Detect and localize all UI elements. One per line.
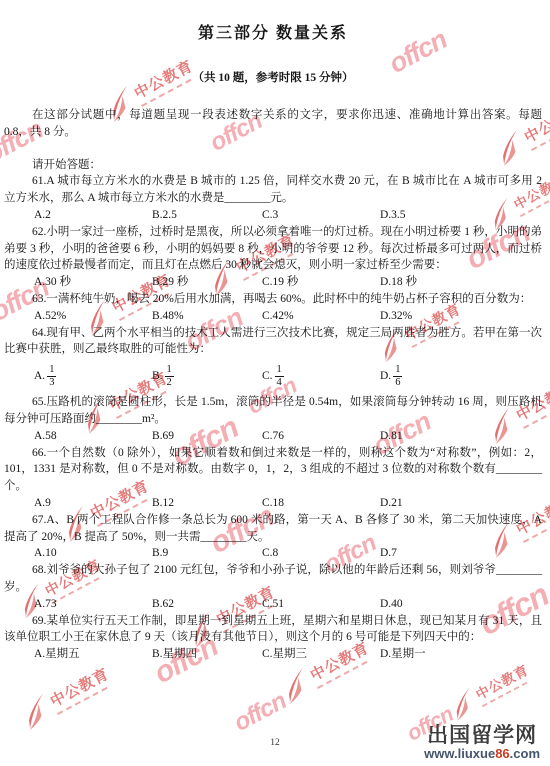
start-prompt: 请开始答题： <box>4 157 542 174</box>
question-66: 66.一个自然数（0 除外），如果它顺着数和倒过来数是一样的，则称这个数为“对称… <box>4 445 542 512</box>
question-67-options: A.10 B.9 C.8 D.7 <box>4 545 542 562</box>
question-69-option-b: B.星期四 <box>152 646 262 663</box>
question-63-options: A.52% B.48% C.42% D.32% <box>4 308 542 325</box>
zhonggong-watermark-body: 中公教育 <box>46 662 114 714</box>
question-64-option-c: C. 14 <box>262 364 380 389</box>
section-title: 第三部分 数量关系 <box>4 20 542 43</box>
question-65-text: 65.压路机的滚筒是圆柱形，长是 1.5m，滚筒的半径是 0.54m，如果滚筒每… <box>4 394 542 428</box>
question-64-option-d: D. 16 <box>380 364 542 389</box>
url-prefix: www.liuxue <box>424 746 495 761</box>
question-61-text: 61.A 城市每立方米水的水费是 B 城市的 1.25 倍，同样交水费 20 元… <box>4 173 542 207</box>
liuxue86-logo-text: 出国留学网 <box>424 725 540 747</box>
option-prefix: A. <box>34 368 45 385</box>
option-prefix: C. <box>262 368 273 385</box>
fraction-denominator: 4 <box>275 377 284 389</box>
zhonggong-watermark-slogan-line <box>317 660 367 688</box>
question-61: 61.A 城市每立方米水的水费是 B 城市的 1.25 倍，同样交水费 20 元… <box>4 173 542 223</box>
fraction-denominator: 3 <box>47 377 56 389</box>
question-66-option-c: C.18 <box>262 495 380 512</box>
fraction-denominator: 2 <box>165 377 174 389</box>
url-suffix: .com <box>510 746 540 761</box>
option-prefix: D. <box>380 368 391 385</box>
question-69: 69.某单位实行五天工作制，即星期一到星期五上班，星期六和星期日休息，现已知某月… <box>4 613 542 663</box>
question-67-text: 67.A、B 两个工程队合作修一条总长为 600 米的路，第一天 A、B 各修了… <box>4 512 542 546</box>
question-66-options: A.9 B.12 C.18 D.21 <box>4 495 542 512</box>
swoosh-icon <box>277 666 317 705</box>
question-61-options: A.2 B.2.5 C.3 D.3.5 <box>4 207 542 224</box>
zhonggong-watermark: 中公教育 <box>17 661 115 731</box>
question-69-option-a: A.星期五 <box>34 646 152 663</box>
question-65: 65.压路机的滚筒是圆柱形，长是 1.5m，滚筒的半径是 0.54m，如果滚筒每… <box>4 394 542 444</box>
question-62-option-a: A.30 秒 <box>34 274 152 291</box>
question-68-option-d: D.40 <box>380 596 542 613</box>
question-68-text: 68.刘爷爷的大孙子包了 2100 元红包，爷爷和小孙子说，除以他的年龄后还剩 … <box>4 562 542 596</box>
question-61-option-b: B.2.5 <box>152 207 262 224</box>
zhonggong-watermark: 中公教育 <box>446 659 534 722</box>
option-prefix: B. <box>152 368 163 385</box>
question-67-option-b: B.9 <box>152 545 262 562</box>
question-62-text: 62.小明一家过一座桥，过桥时是黑夜，所以必须拿着唯一的灯过桥。现在小明过桥要 … <box>4 224 542 274</box>
swoosh-icon <box>446 686 482 721</box>
url-red-part: 86 <box>495 746 509 761</box>
question-64: 64.现有甲、乙两个水平相当的技术工人需进行三次技术比赛，规定三局两胜者为胜方。… <box>4 325 542 395</box>
question-62-option-d: D.18 秒 <box>380 274 542 291</box>
fraction-numerator: 1 <box>165 364 174 377</box>
question-63-option-b: B.48% <box>152 308 262 325</box>
question-64-text: 64.现有甲、乙两个水平相当的技术工人需进行三次技术比赛，规定三局两胜者为胜方。… <box>4 325 542 359</box>
fraction-numerator: 1 <box>393 364 402 377</box>
question-63-option-c: C.42% <box>262 308 380 325</box>
fraction: 16 <box>393 364 402 389</box>
zhonggong-watermark-slogan-line <box>482 681 527 706</box>
question-67: 67.A、B 两个工程队合作修一条总长为 600 米的路，第一天 A、B 各修了… <box>4 512 542 562</box>
question-65-options: A.58 B.69 C.76 D.81 <box>4 428 542 445</box>
question-61-option-a: A.2 <box>34 207 152 224</box>
exam-page: 中公教育 offcn 中公教育 offcnoffcn 中公教育 <box>0 0 550 766</box>
question-67-option-d: D.7 <box>380 545 542 562</box>
question-68-option-c: C.51 <box>262 596 380 613</box>
question-64-option-b: B. 12 <box>152 364 262 389</box>
question-68-option-b: B.62 <box>152 596 262 613</box>
question-61-option-d: D.3.5 <box>380 207 542 224</box>
liuxue86-logo: 出国留学网 www.liuxue86.com <box>424 725 540 761</box>
fraction: 13 <box>47 364 56 389</box>
question-69-text: 69.某单位实行五天工作制，即星期一到星期五上班，星期六和星期日休息，现已知某月… <box>4 613 542 647</box>
question-68-option-a: A.73 <box>34 596 152 613</box>
question-64-options: A. 13 B. 12 C. 14 D. 16 <box>4 358 542 394</box>
question-63: 63.一满杯纯牛奶，喝去 20%后用水加满，再喝去 60%。此时杯中的纯牛奶占杯… <box>4 291 542 325</box>
fraction-denominator: 6 <box>393 377 402 389</box>
question-69-option-d: D.星期一 <box>380 646 542 663</box>
question-64-option-a: A. 13 <box>34 364 152 389</box>
fraction-numerator: 1 <box>47 364 56 377</box>
question-68: 68.刘爷爷的大孙子包了 2100 元红包，爷爷和小孙子说，除以他的年龄后还剩 … <box>4 562 542 612</box>
question-63-option-a: A.52% <box>34 308 152 325</box>
section-body: 在这部分试题中，每道题呈现一段表述数字关系的文字，要求你迅速、准确地计算出答案。… <box>4 107 542 663</box>
zhonggong-watermark-text: 中公教育 <box>472 660 532 704</box>
question-62-option-b: B.29 秒 <box>152 274 262 291</box>
question-63-option-d: D.32% <box>380 308 542 325</box>
question-66-text: 66.一个自然数（0 除外），如果它顺着数和倒过来数是一样的，则称这个数为“对称… <box>4 445 542 495</box>
question-62: 62.小明一家过一座桥，过桥时是黑夜，所以必须拿着唯一的灯过桥。现在小明过桥要 … <box>4 224 542 291</box>
question-61-option-c: C.3 <box>262 207 380 224</box>
zhonggong-watermark-slogan-line <box>57 686 107 714</box>
question-66-option-d: D.21 <box>380 495 542 512</box>
instructions-paragraph: 在这部分试题中，每道题呈现一段表述数字关系的文字，要求你迅速、准确地计算出答案。… <box>4 107 542 141</box>
offcn-watermark-text: offcn <box>229 687 290 736</box>
question-62-options: A.30 秒 B.29 秒 C.19 秒 D.18 秒 <box>4 274 542 291</box>
question-63-text: 63.一满杯纯牛奶，喝去 20%后用水加满，再喝去 60%。此时杯中的纯牛奶占杯… <box>4 291 542 308</box>
question-62-option-c: C.19 秒 <box>262 274 380 291</box>
section-subtitle: （共 10 题，参考时限 15 分钟） <box>4 69 542 85</box>
question-69-option-c: C.星期三 <box>262 646 380 663</box>
page-content: 第三部分 数量关系 （共 10 题，参考时限 15 分钟） 在这部分试题中，每道… <box>0 0 550 663</box>
question-65-option-c: C.76 <box>262 428 380 445</box>
question-67-option-c: C.8 <box>262 545 380 562</box>
liuxue86-url: www.liuxue86.com <box>424 747 540 761</box>
zhonggong-watermark-text: 中公教育 <box>46 662 112 711</box>
zhonggong-watermark-body: 中公教育 <box>472 660 533 707</box>
question-65-option-d: D.81 <box>380 428 542 445</box>
question-65-option-b: B.69 <box>152 428 262 445</box>
question-67-option-a: A.10 <box>34 545 152 562</box>
question-68-options: A.73 B.62 C.51 D.40 <box>4 596 542 613</box>
question-65-option-a: A.58 <box>34 428 152 445</box>
offcn-watermark: offcn <box>229 687 290 737</box>
question-66-option-a: A.9 <box>34 495 152 512</box>
question-66-option-b: B.12 <box>152 495 262 512</box>
question-69-options: A.星期五 B.星期四 C.星期三 D.星期一 <box>4 646 542 663</box>
swoosh-icon <box>17 692 57 731</box>
fraction: 14 <box>275 364 284 389</box>
fraction: 12 <box>165 364 174 389</box>
fraction-numerator: 1 <box>275 364 284 377</box>
